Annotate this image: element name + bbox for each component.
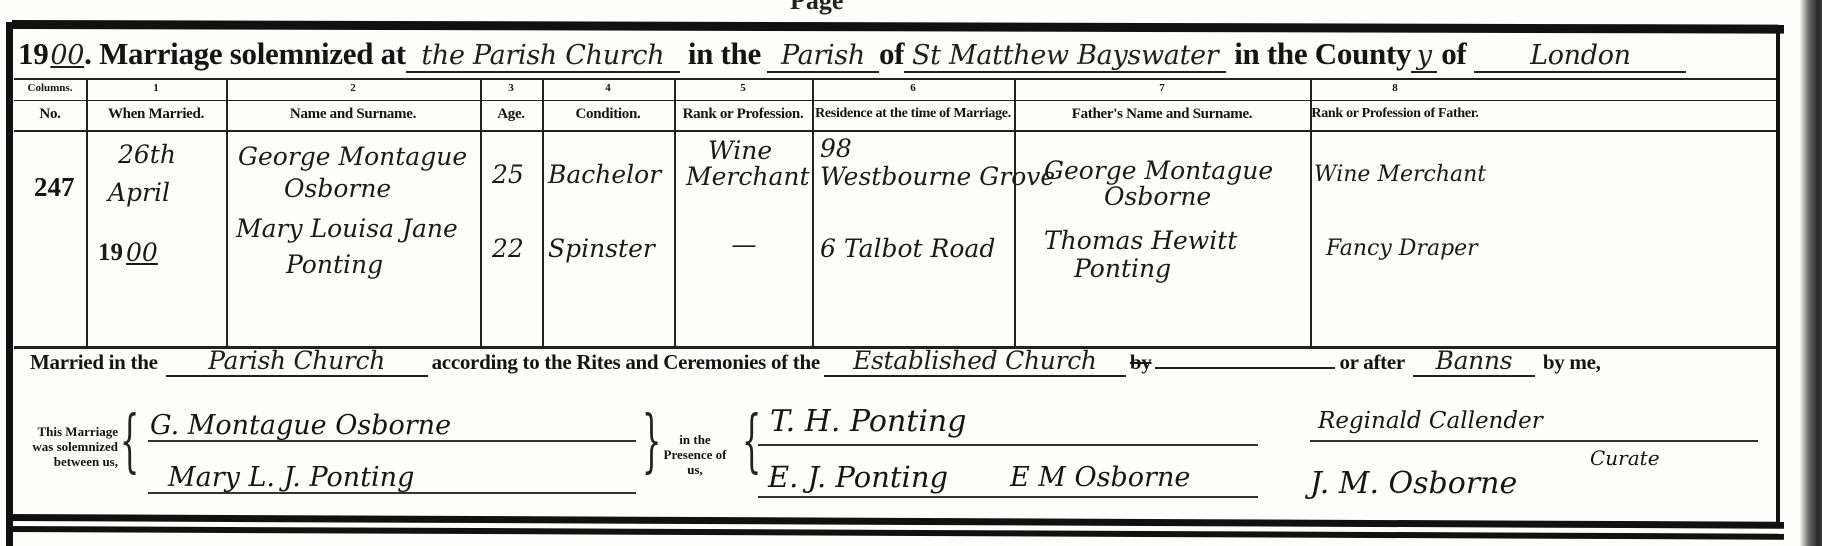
- district-type-field: Parish: [767, 40, 879, 73]
- of-county-label: of: [1441, 36, 1466, 72]
- bride-age: 22: [492, 234, 524, 264]
- bottom-border-rule-2: [8, 526, 1784, 540]
- left-brace-open: {: [120, 408, 139, 476]
- officiant-signature-line: [1310, 440, 1758, 442]
- married-in-the-label: Married in the: [30, 350, 158, 375]
- register-title-line: 19 00 . Marriage solemnized at the Paris…: [18, 36, 1686, 80]
- year-written: 00: [50, 40, 84, 71]
- parish-name-field: St Matthew Bayswater: [904, 40, 1226, 73]
- officiant-signature: Reginald Callender: [1318, 408, 1543, 434]
- witness2-signature-line: [758, 496, 1258, 498]
- column-header-profession: Rank or Profession.: [674, 106, 812, 123]
- in-presence-label: in the Presence of us,: [660, 432, 730, 477]
- column-number-2: 2: [226, 82, 480, 94]
- witness1-signature: T. H. Ponting: [770, 404, 966, 439]
- bride-name-line1: Mary Louisa Jane: [236, 214, 458, 244]
- right-border-rule: [1776, 28, 1780, 528]
- top-border-rule: [12, 20, 1784, 34]
- column-header-father-name: Father's Name and Surname.: [1014, 106, 1310, 123]
- county-suffix-field: y: [1411, 40, 1437, 73]
- groom-age: 25: [492, 160, 524, 190]
- entry-number: 247: [34, 172, 75, 203]
- by-me-label: by me,: [1543, 350, 1601, 375]
- groom-name-line1: George Montague: [238, 142, 467, 172]
- witness4-signature: J. M. Osborne: [1310, 466, 1517, 501]
- groom-residence-line1: 98: [820, 134, 852, 164]
- groom-profession-line2: Merchant: [686, 162, 810, 192]
- column-header-no: No.: [14, 106, 86, 123]
- column-number-5: 5: [674, 82, 812, 94]
- right-brace-open: {: [742, 408, 761, 476]
- bride-father-line1: Thomas Hewitt: [1044, 226, 1237, 256]
- witness2-signature: E. J. Ponting: [768, 460, 948, 494]
- in-the-county-label: in the County: [1234, 36, 1411, 72]
- bride-father-profession: Fancy Draper: [1326, 234, 1478, 264]
- column-header-condition: Condition.: [542, 106, 674, 123]
- column-header-age: Age.: [480, 106, 542, 123]
- year-prefix: 19: [18, 36, 48, 72]
- groom-father-profession: Wine Merchant: [1314, 160, 1486, 190]
- groom-father-line2: Osborne: [1104, 182, 1211, 212]
- ceremony-line: Married in the Parish Church according t…: [30, 346, 1601, 377]
- date-year-written: 00: [126, 238, 158, 268]
- column-header-residence: Residence at the time of Marriage.: [812, 106, 1014, 122]
- solemnized-between-label: This Marriage was solemnized between us,: [20, 424, 118, 469]
- book-binding-edge: [1800, 0, 1822, 546]
- ceremony-place-field: Parish Church: [166, 346, 428, 377]
- column-number-4: 4: [542, 82, 674, 94]
- bride-father-line2: Ponting: [1074, 254, 1171, 284]
- by-label: by: [1130, 350, 1152, 375]
- column-number-3: 3: [480, 82, 542, 94]
- bride-condition: Spinster: [548, 234, 655, 264]
- or-after-label: or after: [1339, 350, 1404, 375]
- officiant-title: Curate: [1590, 446, 1660, 470]
- page-number-label: Page: [790, 0, 843, 16]
- column-number-7: 7: [1014, 82, 1310, 94]
- groom-name-line2: Osborne: [284, 174, 391, 204]
- date-day: 26th: [118, 140, 176, 170]
- rites-field: Established Church: [824, 346, 1126, 377]
- bride-profession: —: [694, 230, 794, 260]
- left-border-rule: [6, 22, 13, 546]
- left-brace-close: }: [642, 408, 661, 476]
- column-number-1: 1: [86, 82, 226, 94]
- column-header-name: Name and Surname.: [226, 106, 480, 123]
- year-period: .: [84, 36, 99, 72]
- column-header-when-married: When Married.: [86, 106, 226, 123]
- in-the-label: in the: [688, 36, 761, 72]
- column-header-father-profession: Rank or Profession of Father.: [1310, 106, 1480, 122]
- county-field: London: [1474, 40, 1686, 73]
- bride-signature: Mary L. J. Ponting: [168, 462, 414, 493]
- method-field: Banns: [1413, 346, 1535, 377]
- witness3-signature: E M Osborne: [1010, 462, 1190, 493]
- place-field: the Parish Church: [406, 40, 680, 73]
- groom-condition: Bachelor: [548, 160, 661, 190]
- solemnized-at-label: Marriage solemnized at: [99, 36, 406, 72]
- date-month: April: [108, 178, 170, 208]
- column-number-8: 8: [1310, 82, 1480, 94]
- groom-residence-line2: Westbourne Grove: [820, 162, 1055, 192]
- column-number-6: 6: [812, 82, 1014, 94]
- license-field: [1155, 367, 1335, 369]
- date-year-prefix: 19: [98, 238, 123, 268]
- columns-label: Columns.: [14, 82, 86, 94]
- groom-signature: G. Montague Osborne: [150, 410, 451, 441]
- bride-name-line2: Ponting: [286, 250, 383, 280]
- according-to-label: according to the Rites and Ceremonies of…: [432, 350, 820, 375]
- witness1-signature-line: [758, 444, 1258, 446]
- of-label: of: [879, 36, 904, 72]
- bride-residence: 6 Talbot Road: [820, 234, 995, 264]
